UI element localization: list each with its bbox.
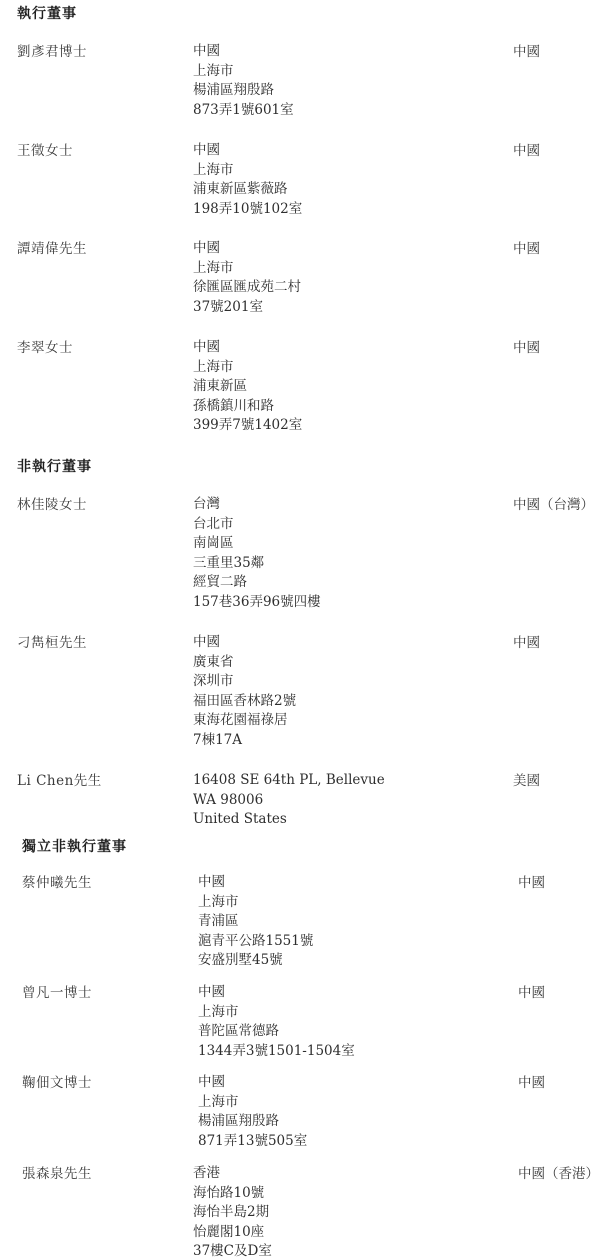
- address-line: 37號201室: [193, 298, 301, 318]
- section-heading-executive-directors: 執行董事: [17, 5, 77, 23]
- address-line: 福田區香林路2號: [193, 692, 296, 712]
- director-name: 譚靖偉先生: [17, 239, 87, 259]
- address-line: 浦東新區: [193, 377, 302, 397]
- address-line: 廣東省: [193, 653, 296, 673]
- address-line: 三重里35鄰: [193, 554, 321, 574]
- address-line: 怡麗閣10座: [193, 1223, 272, 1243]
- director-nationality: 中國: [518, 983, 545, 1003]
- address-line: 南崗區: [193, 534, 321, 554]
- director-name: 鞠佃文博士: [22, 1073, 92, 1093]
- address-line: 滬青平公路1551號: [198, 932, 313, 952]
- address-line: 中國: [193, 42, 294, 62]
- director-address: 中國 上海市 浦東新區 孫橋鎮川和路 399弄7號1402室: [193, 338, 302, 436]
- address-line: 上海市: [193, 62, 294, 82]
- address-line: 普陀區常德路: [198, 1022, 355, 1042]
- director-address: 中國 上海市 普陀區常德路 1344弄3號1501-1504室: [198, 983, 355, 1061]
- director-name: 林佳陵女士: [17, 495, 87, 515]
- address-line: 中國: [193, 141, 302, 161]
- address-line: 中國: [198, 873, 313, 893]
- director-name: 劉彥君博士: [17, 42, 87, 62]
- director-nationality: 美國: [513, 771, 540, 791]
- address-line: 157巷36弄96號四樓: [193, 593, 321, 613]
- section-heading-non-executive-directors: 非執行董事: [17, 458, 92, 476]
- address-line: United States: [193, 810, 385, 830]
- address-line: 上海市: [193, 259, 301, 279]
- address-line: 16408 SE 64th PL, Bellevue: [193, 771, 385, 791]
- director-name: Li Chen先生: [17, 771, 102, 791]
- address-line: 孫橋鎮川和路: [193, 397, 302, 417]
- director-nationality: 中國（香港）: [518, 1164, 599, 1184]
- director-nationality: 中國: [518, 873, 545, 893]
- director-nationality: 中國（台灣）: [513, 495, 594, 515]
- address-line: 台灣: [193, 495, 321, 515]
- address-line: 中國: [198, 983, 355, 1003]
- director-nationality: 中國: [518, 1073, 545, 1093]
- section-heading-independent-non-executive-directors: 獨立非執行董事: [22, 838, 127, 856]
- director-name: 曾凡一博士: [22, 983, 92, 1003]
- address-line: 東海花園福祿居: [193, 711, 296, 731]
- director-nationality: 中國: [513, 42, 540, 62]
- address-line: 7棟17A: [193, 731, 296, 751]
- address-line: 經貿二路: [193, 573, 321, 593]
- director-nationality: 中國: [513, 338, 540, 358]
- director-address: 中國 廣東省 深圳市 福田區香林路2號 東海花園福祿居 7棟17A: [193, 633, 296, 750]
- address-line: 深圳市: [193, 672, 296, 692]
- address-line: 中國: [198, 1073, 307, 1093]
- director-address: 中國 上海市 徐匯區匯成苑二村 37號201室: [193, 239, 301, 317]
- director-address: 台灣 台北市 南崗區 三重里35鄰 經貿二路 157巷36弄96號四樓: [193, 495, 321, 612]
- address-line: 871弄13號505室: [198, 1132, 307, 1152]
- director-nationality: 中國: [513, 239, 540, 259]
- address-line: 楊浦區翔殷路: [193, 81, 294, 101]
- address-line: 浦東新區紫薇路: [193, 180, 302, 200]
- address-line: 198弄10號102室: [193, 200, 302, 220]
- address-line: 中國: [193, 239, 301, 259]
- address-line: 青浦區: [198, 912, 313, 932]
- address-line: 37樓C及D室: [193, 1242, 272, 1259]
- address-line: 徐匯區匯成苑二村: [193, 278, 301, 298]
- address-line: WA 98006: [193, 791, 385, 811]
- address-line: 海怡半島2期: [193, 1203, 272, 1223]
- director-name: 王徵女士: [17, 141, 73, 161]
- director-nationality: 中國: [513, 141, 540, 161]
- address-line: 上海市: [198, 893, 313, 913]
- director-name: 蔡仲曦先生: [22, 873, 92, 893]
- address-line: 上海市: [198, 1093, 307, 1113]
- director-name: 刁雋桓先生: [17, 633, 87, 653]
- address-line: 上海市: [193, 161, 302, 181]
- address-line: 873弄1號601室: [193, 101, 294, 121]
- address-line: 中國: [193, 338, 302, 358]
- address-line: 399弄7號1402室: [193, 416, 302, 436]
- director-address: 中國 上海市 青浦區 滬青平公路1551號 安盛別墅45號: [198, 873, 313, 971]
- director-address: 中國 上海市 楊浦區翔殷路 873弄1號601室: [193, 42, 294, 120]
- address-line: 台北市: [193, 515, 321, 535]
- director-name: 張森泉先生: [22, 1164, 92, 1184]
- address-line: 香港: [193, 1164, 272, 1184]
- address-line: 楊浦區翔殷路: [198, 1112, 307, 1132]
- address-line: 1344弄3號1501-1504室: [198, 1042, 355, 1062]
- director-address: 中國 上海市 浦東新區紫薇路 198弄10號102室: [193, 141, 302, 219]
- director-address: 16408 SE 64th PL, Bellevue WA 98006 Unit…: [193, 771, 385, 830]
- address-line: 海怡路10號: [193, 1184, 272, 1204]
- address-line: 上海市: [198, 1003, 355, 1023]
- address-line: 上海市: [193, 358, 302, 378]
- director-address: 香港 海怡路10號 海怡半島2期 怡麗閣10座 37樓C及D室: [193, 1164, 272, 1259]
- director-address: 中國 上海市 楊浦區翔殷路 871弄13號505室: [198, 1073, 307, 1151]
- address-line: 中國: [193, 633, 296, 653]
- address-line: 安盛別墅45號: [198, 951, 313, 971]
- director-nationality: 中國: [513, 633, 540, 653]
- director-name: 李翠女士: [17, 338, 73, 358]
